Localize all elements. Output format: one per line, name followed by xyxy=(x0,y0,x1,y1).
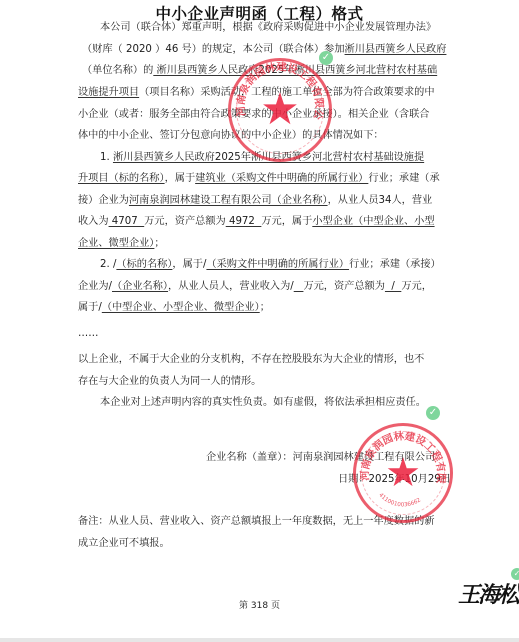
item1-text: 万元，资产总额为 xyxy=(144,216,226,227)
item1-line-3: 接）企业为河南泉润园林建设工程有限公司（企业名称），从业人员34人，营业 xyxy=(78,194,432,208)
intro-line-5: 小企业（或者：服务全部由符合政策要求的中小企业承接）。相关企业（含联合 xyxy=(78,108,429,122)
item1-employees-text: ，从业人员34人，营业 xyxy=(328,195,433,206)
purchaser-name: 淅川县西簧乡人民政府 xyxy=(345,44,447,55)
item1-subject-part2: 升项目（标的名称） xyxy=(78,173,165,184)
item2-text: 万元，资产总额为 xyxy=(303,281,385,292)
bottom-scroll-edge xyxy=(0,638,519,642)
intro-line-4: 设施提升项目（项目名称）采购活动，工程的施工单位全部为符合政策要求的中 xyxy=(78,86,435,100)
item2-text: ，属于/ xyxy=(172,259,206,270)
item1-text: ，属于 xyxy=(165,173,196,184)
closing-line-2: 存在与大企业的负责人为同一人的情形。 xyxy=(78,375,261,389)
item1-line-4: 收入为 4707 万元，资产总额为 4972 万元，属于小型企业（中型企业、小型 xyxy=(78,215,435,229)
item2-text: ，从业人员人，营业收入为/ xyxy=(168,281,294,292)
project-name-part1: 淅川县西簧乡人民政府2025年淅川县西簧乡河北营村农村基础 xyxy=(153,65,437,76)
item2-line-2: 企业为/（企业名称），从业人员人，营业收入为/ 万元，资产总额为 / 万元， xyxy=(78,280,432,294)
item1-company: 河南泉润园林建设工程有限公司（企业名称） xyxy=(129,195,328,206)
document-page: 中小企业声明函（工程）格式 本公司（联合体）郑重声明，根据《政府采购促进中小企业… xyxy=(0,0,519,638)
item2-revenue xyxy=(294,281,304,292)
item1-text: 行业；承建（承 xyxy=(368,173,439,184)
item1-assets: 4972 xyxy=(226,216,262,227)
item2-text: 行业；承建（承接） xyxy=(349,259,441,270)
item2-text: 万元， xyxy=(401,281,432,292)
item2-subject: （标的名称） xyxy=(116,259,172,270)
note-line-1: 备注：从业人员、营业收入、资产总额填报上一年度数据，无上一年度数据的新 xyxy=(78,515,435,529)
item1-size-part2: 企业、微型企业） xyxy=(78,238,154,249)
item2-line-1: 2. /（标的名称），属于/（采购文件中明确的所属行业）行业；承建（承接） xyxy=(100,258,441,272)
intro-line-2: （财库（ 2020 ）46 号）的规定，本公司（联合体）参加淅川县西簧乡人民政府 xyxy=(82,43,446,57)
handwritten-signature: 王海松 xyxy=(458,578,518,609)
item2-assets: / xyxy=(385,281,401,292)
intro-line-1: 本公司（联合体）郑重声明，根据《政府采购促进中小企业发展管理办法》 xyxy=(100,21,436,35)
upper-check-icon: ✓ xyxy=(319,51,333,65)
middle-check-icon: ✓ xyxy=(426,406,440,420)
intro-line-3-text: （单位名称）的 xyxy=(82,65,153,76)
item1-subject-part1: 淅川县西簧乡人民政府2025年淅川县西簧乡河北营村农村基础设施提 xyxy=(113,152,424,163)
item1-revenue: 4707 xyxy=(109,216,145,227)
item1-industry: 建筑业（采购文件中明确的所属行业） xyxy=(195,173,368,184)
item2-line-3: 属于/（中型企业、小型企业、微型企业）； xyxy=(78,301,270,315)
item2-industry: （采购文件中明确的所属行业） xyxy=(206,259,349,270)
item1-text: 万元，属于 xyxy=(261,216,312,227)
note-line-2: 成立企业可不填报。 xyxy=(78,537,170,551)
item2-number: 2. / xyxy=(100,259,116,270)
intro-line-6: 体中的中小企业、签订分包意向协议的中小企业）的具体情况如下： xyxy=(78,129,384,143)
item2-size: （中型企业、小型企业、微型企业） xyxy=(102,302,260,313)
intro-line-3: （单位名称）的 淅川县西簧乡人民政府2025年淅川县西簧乡河北营村农村基础 xyxy=(82,64,437,78)
ellipsis: …… xyxy=(78,327,98,341)
item1-text: 收入为 xyxy=(78,216,109,227)
intro-line-2-text: （财库（ 2020 ）46 号）的规定，本公司（联合体）参加 xyxy=(82,44,345,55)
svg-text:4110010036662: 4110010036662 xyxy=(377,492,422,508)
item1-line-2: 升项目（标的名称），属于建筑业（采购文件中明确的所属行业）行业；承建（承 xyxy=(78,172,440,186)
closing-line-1: 以上企业，不属于大企业的分支机构，不存在控股股东为大企业的情形，也不 xyxy=(78,353,424,367)
page-number: 第 318 页 xyxy=(0,598,519,611)
date-label: 日期：2025年10月29日 xyxy=(338,473,451,487)
company-seal-label: 企业名称（盖章）：河南泉润园林建设工程有限公司 xyxy=(206,451,435,465)
item1-text: ； xyxy=(154,238,164,249)
item2-company: （企业名称） xyxy=(112,281,168,292)
intro-line-4-text: （项目名称）采购活动，工程的施工单位全部为符合政策要求的中 xyxy=(139,87,434,98)
item1-line-1: 1. 淅川县西簧乡人民政府2025年淅川县西簧乡河北营村农村基础设施提 xyxy=(100,151,424,165)
item1-number: 1. xyxy=(100,152,113,163)
item2-text: 企业为/ xyxy=(78,281,112,292)
item1-size-part1: 小型企业（中型企业、小型 xyxy=(312,216,434,227)
item1-line-5: 企业、微型企业）； xyxy=(78,237,165,251)
project-name-part2: 设施提升项目 xyxy=(78,87,139,98)
item1-text: 接）企业为 xyxy=(78,195,129,206)
item2-text: 属于/ xyxy=(78,302,102,313)
item2-text: ； xyxy=(260,302,270,313)
closing-line-3: 本企业对上述声明内容的真实性负责。如有虚假，将依法承担相应责任。 xyxy=(100,396,426,410)
